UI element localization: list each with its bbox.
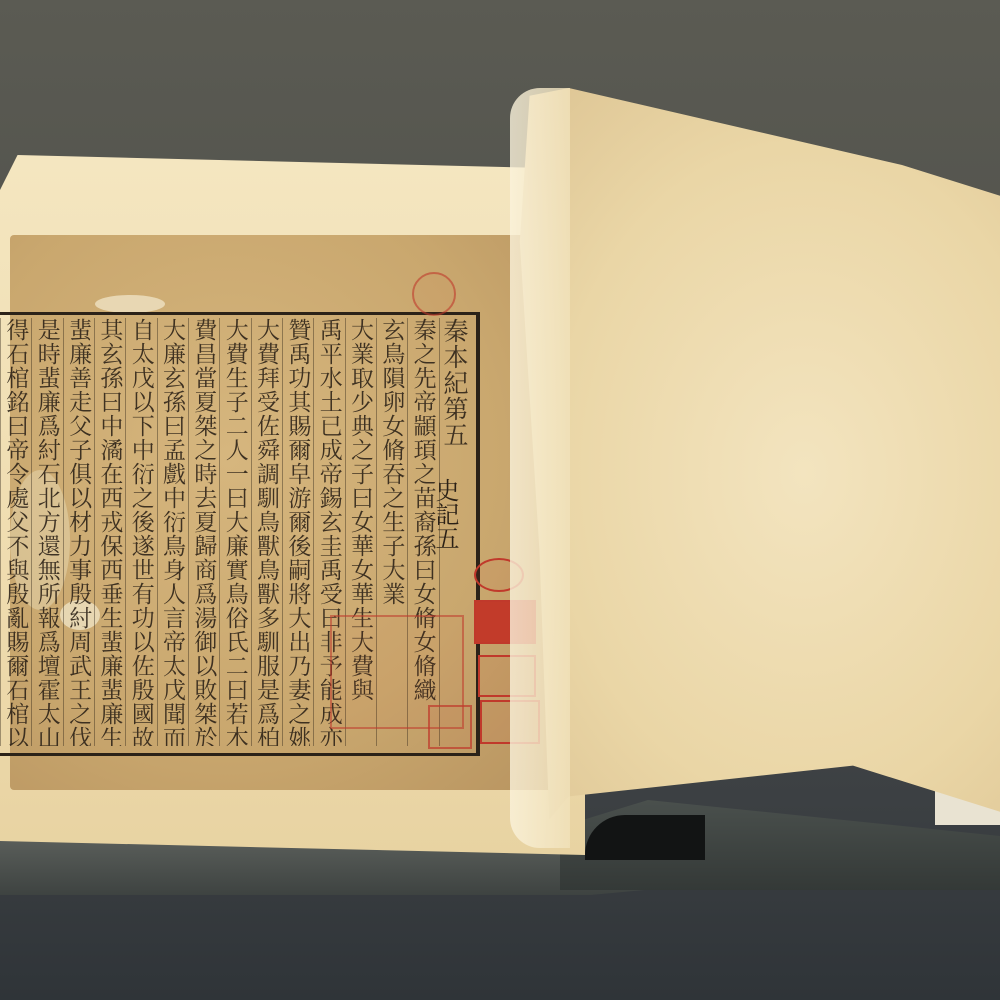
seal-round [412, 272, 456, 316]
text-column: 是時蜚廉爲紂石北方還無所報爲壇霍太山而報 [31, 318, 62, 746]
text-column: 其玄孫曰中潏在西戎保西垂生蜚廉蜚廉生惡來惡來有力 [94, 318, 125, 746]
text-column: 贊禹功其賜爾皁游爾後嗣將大出乃妻之姚姓之玉女 [282, 318, 313, 746]
text-column: 大費生子二人一曰大廉實鳥俗氏二曰若木實費氏其玄孫曰費昌子孫或在中國或在夷狄 [219, 318, 250, 746]
text-column: 費昌當夏桀之時去夏歸商爲湯御以敗桀於鳴條 [188, 318, 219, 746]
text-column: 大費拜受佐舜調馴鳥獸鳥獸多馴服是爲柏翳舜賜姓嬴氏 [251, 318, 282, 746]
text-column: 得石棺銘曰帝令處父不與殷亂賜爾石棺以華氏 [0, 318, 31, 746]
fold-label: 史記五 [428, 478, 463, 550]
spine-shadow [585, 815, 705, 860]
right-page-blank [510, 88, 1000, 858]
seal-small [428, 705, 472, 749]
text-column: 蜚廉善走父子俱以材力事殷紂周武王之伐紂并殺惡來 [63, 318, 94, 746]
page-curl [510, 88, 570, 848]
paper-damage [95, 295, 165, 313]
text-column: 自太戊以下中衍之後遂世有功以佐殷國故嬴姓多顯遂爲諸侯 [125, 318, 156, 746]
text-column: 大廉玄孫曰孟戲中衍鳥身人言帝太戊聞而卜之使御吉遂致使御而妻之 [157, 318, 188, 746]
